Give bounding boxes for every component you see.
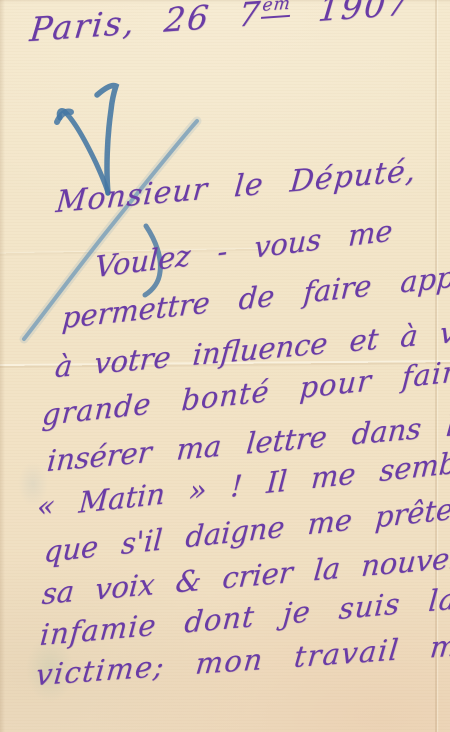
blue-pencil-v-mark-right-arm	[97, 85, 116, 193]
blue-pencil-v-mark-left-hook	[57, 112, 71, 122]
dateline-city-day: Paris, 26 7	[28, 0, 264, 49]
letter-page: Paris, 26 7em 1907 Monsieur le Député, V…	[0, 0, 450, 732]
dateline: Paris, 26 7em 1907	[28, 0, 412, 48]
salutation: Monsieur le Député,	[55, 154, 418, 219]
dateline-year: 1907	[316, 0, 412, 29]
dateline-month-superscript: em	[261, 0, 292, 19]
paper-edge-left	[0, 0, 5, 732]
